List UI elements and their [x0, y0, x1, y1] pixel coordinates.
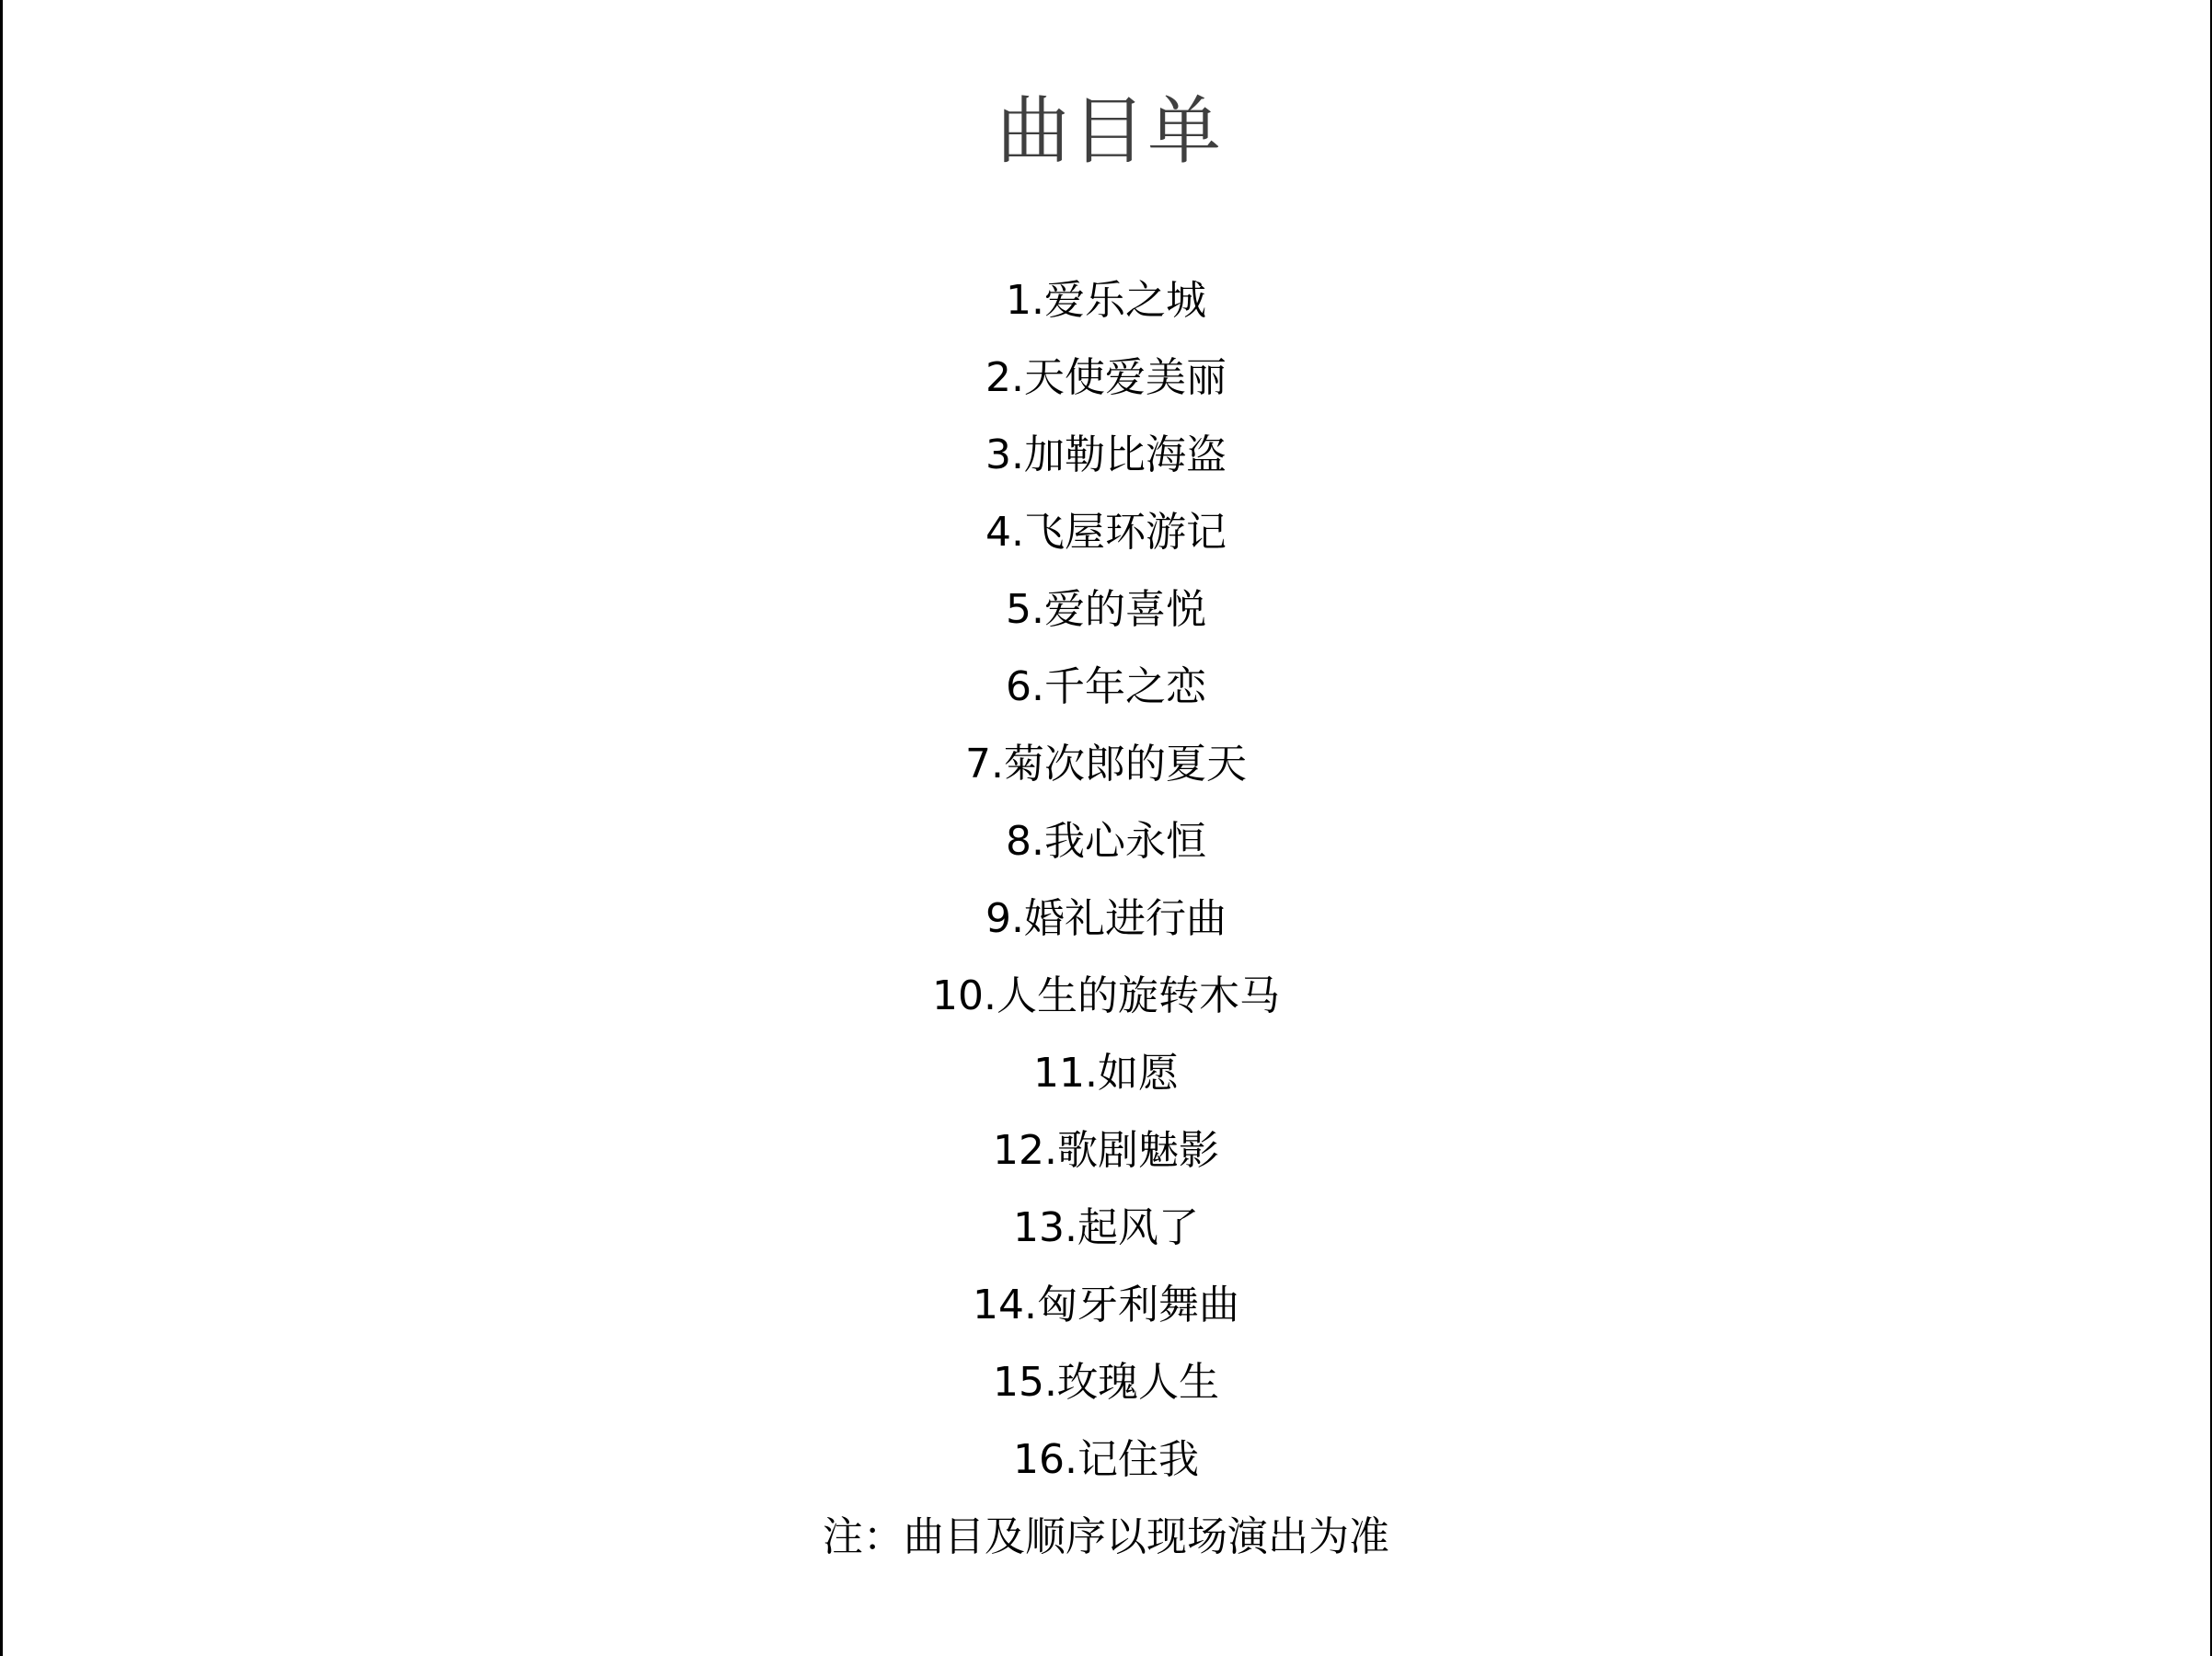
program-item-11: 11.如愿 — [0, 1035, 2212, 1112]
program-item-12: 12.歌剧魅影 — [0, 1112, 2212, 1190]
page-title: 曲目单 — [0, 86, 2212, 178]
program-item-15: 15.玫瑰人生 — [0, 1344, 2212, 1421]
program-item-4: 4.飞屋环游记 — [0, 494, 2212, 571]
program-item-14: 14.匈牙利舞曲 — [0, 1267, 2212, 1344]
program-item-13: 13.起风了 — [0, 1190, 2212, 1267]
program-item-3: 3.加勒比海盗 — [0, 417, 2212, 494]
program-item-10: 10.人生的旋转木马 — [0, 958, 2212, 1035]
program-item-2: 2.天使爱美丽 — [0, 339, 2212, 417]
program-item-16: 16.记住我 — [0, 1421, 2212, 1499]
program-note: 注：曲目及顺序以现场演出为准 — [0, 1499, 2212, 1576]
program-list: 1.爱乐之城 2.天使爱美丽 3.加勒比海盗 4.飞屋环游记 5.爱的喜悦 6.… — [0, 262, 2212, 1576]
program-item-1: 1.爱乐之城 — [0, 262, 2212, 339]
program-page: 曲目单 1.爱乐之城 2.天使爱美丽 3.加勒比海盗 4.飞屋环游记 5.爱的喜… — [0, 0, 2212, 1656]
program-item-5: 5.爱的喜悦 — [0, 571, 2212, 649]
program-item-9: 9.婚礼进行曲 — [0, 880, 2212, 958]
program-item-7: 7.菊次郎的夏天 — [0, 726, 2212, 803]
program-item-6: 6.千年之恋 — [0, 649, 2212, 726]
program-item-8: 8.我心永恒 — [0, 803, 2212, 880]
